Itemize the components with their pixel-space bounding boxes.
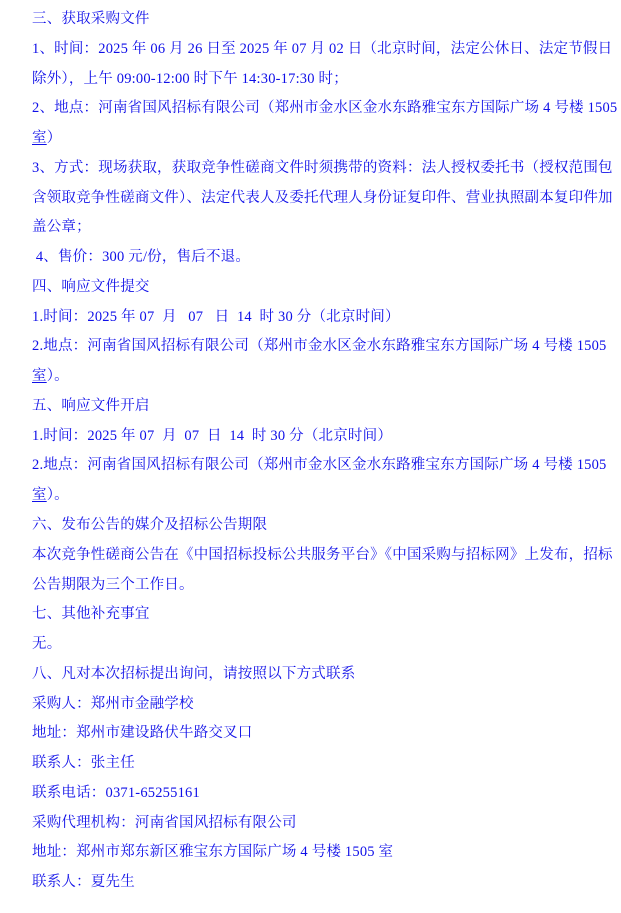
heading-section-4-response-submission: 四、响应文件提交: [32, 273, 611, 303]
s3-item-1-time: 1、时间：2025 年 06 月 26 日至 2025 年 07 月 02 日（…: [32, 35, 611, 95]
agency-name: 采购代理机构：河南省国风招标有限公司: [32, 809, 611, 839]
underlined-text-run: 室: [32, 487, 47, 503]
buyer-phone: 联系电话：0371-65255161: [32, 779, 611, 809]
text-run: 地址：郑州市建设路伏牛路交叉口: [32, 725, 253, 741]
buyer-contact-person: 联系人：张主任: [32, 749, 611, 779]
heading-section-5-response-opening: 五、响应文件开启: [32, 392, 611, 422]
text-run: 八、凡对本次招标提出询问，请按照以下方式联系: [32, 666, 355, 682]
text-run: 地址：郑州市郑东新区雅宝东方国际广场 4 号楼 1505 室: [32, 844, 393, 860]
heading-section-3-obtain-documents: 三、获取采购文件: [32, 5, 611, 35]
s5-item-1-time: 1.时间：2025 年 07 月 07 日 14 时 30 分（北京时间）: [32, 422, 611, 452]
s3-item-2-location: 2、地点：河南省国风招标有限公司（郑州市金水区金水东路雅宝东方国际广场 4 号楼…: [32, 94, 611, 154]
s4-item-2-location: 2.地点：河南省国风招标有限公司（郑州市金水区金水东路雅宝东方国际广场 4 号楼…: [32, 332, 611, 392]
heading-section-7-other-matters: 七、其他补充事宜: [32, 600, 611, 630]
underlined-text-run: 室: [32, 368, 47, 384]
text-run: 三、获取采购文件: [32, 11, 150, 27]
text-run: 本次竞争性磋商公告在《中国招标投标公共服务平台》《中国采购与招标网》上发布，招标…: [32, 547, 613, 593]
s5-item-2-location: 2.地点：河南省国风招标有限公司（郑州市金水区金水东路雅宝东方国际广场 4 号楼…: [32, 451, 611, 511]
text-run: ）: [47, 130, 62, 146]
text-run: 1.时间：2025 年 07 月 07 日 14 时 30 分（北京时间）: [32, 309, 400, 325]
text-run: 联系电话：0371-65255161: [32, 785, 200, 801]
text-run: 无。: [32, 636, 61, 652]
buyer-name: 采购人：郑州市金融学校: [32, 690, 611, 720]
text-run: ）。: [47, 487, 69, 503]
text-run: 3、方式：现场获取，获取竞争性磋商文件时须携带的资料：法人授权委托书（授权范围包…: [32, 160, 613, 236]
text-run: 4、售价：300 元/份，售后不退。: [32, 249, 250, 265]
text-run: ）。: [47, 368, 69, 384]
procurement-notice-document: 三、获取采购文件1、时间：2025 年 06 月 26 日至 2025 年 07…: [0, 0, 621, 898]
text-run: 2、地点：河南省国风招标有限公司（郑州市金水区金水东路雅宝东方国际广场 4 号楼…: [32, 100, 617, 116]
s3-item-3-method: 3、方式：现场获取，获取竞争性磋商文件时须携带的资料：法人授权委托书（授权范围包…: [32, 154, 611, 243]
text-run: 1.时间：2025 年 07 月 07 日 14 时 30 分（北京时间）: [32, 428, 392, 444]
underlined-text-run: 室: [32, 130, 47, 146]
text-run: 采购代理机构：河南省国风招标有限公司: [32, 815, 297, 831]
heading-section-6-announcement-media: 六、发布公告的媒介及招标公告期限: [32, 511, 611, 541]
s3-item-4-price: 4、售价：300 元/份，售后不退。: [32, 243, 611, 273]
text-run: 2.地点：河南省国风招标有限公司（郑州市金水区金水东路雅宝东方国际广场 4 号楼…: [32, 338, 607, 354]
text-run: 联系人：张主任: [32, 755, 135, 771]
agency-contact-person: 联系人：夏先生: [32, 868, 611, 898]
text-run: 联系人：夏先生: [32, 874, 135, 890]
text-run: 四、响应文件提交: [32, 279, 150, 295]
text-run: 2.地点：河南省国风招标有限公司（郑州市金水区金水东路雅宝东方国际广场 4 号楼…: [32, 457, 607, 473]
heading-section-8-contact-info: 八、凡对本次招标提出询问，请按照以下方式联系: [32, 660, 611, 690]
agency-address: 地址：郑州市郑东新区雅宝东方国际广场 4 号楼 1505 室: [32, 838, 611, 868]
text-run: 1、时间：2025 年 06 月 26 日至 2025 年 07 月 02 日（…: [32, 41, 612, 87]
s7-body-none: 无。: [32, 630, 611, 660]
buyer-address: 地址：郑州市建设路伏牛路交叉口: [32, 719, 611, 749]
text-run: 采购人：郑州市金融学校: [32, 696, 194, 712]
text-run: 五、响应文件开启: [32, 398, 150, 414]
text-run: 七、其他补充事宜: [32, 606, 150, 622]
s6-body: 本次竞争性磋商公告在《中国招标投标公共服务平台》《中国采购与招标网》上发布，招标…: [32, 541, 611, 601]
text-run: 六、发布公告的媒介及招标公告期限: [32, 517, 267, 533]
s4-item-1-time: 1.时间：2025 年 07 月 07 日 14 时 30 分（北京时间）: [32, 303, 611, 333]
